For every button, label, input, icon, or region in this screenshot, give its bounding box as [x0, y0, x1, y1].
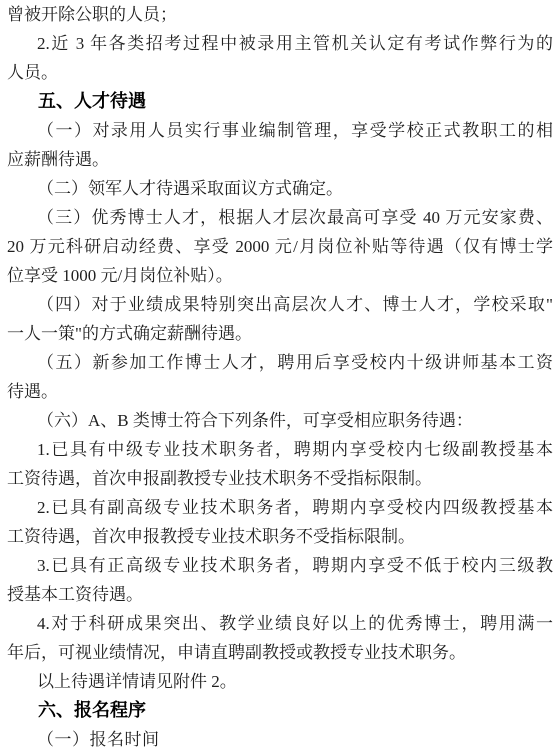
subheading-registration-time: （一）报名时间 — [7, 725, 553, 754]
text-line: （一）对录用人员实行事业编制管理，享受学校正式教职工的相 — [7, 116, 553, 145]
text-line: （二）领军人才待遇采取面议方式确定。 — [7, 174, 553, 203]
text-line: （四）对于业绩成果特别突出高层次人才、博士人才，学校采取" — [7, 290, 553, 319]
document-page: 曾被开除公职的人员； 2.近 3 年各类招考过程中被录用主管机关认定有考试作弊行… — [0, 0, 560, 755]
text-line: 一人一策"的方式确定薪酬待遇。 — [7, 319, 553, 348]
text-line: 授基本工资待遇。 — [7, 580, 553, 609]
text-line: 待遇。 — [7, 377, 553, 406]
text-line: （五）新参加工作博士人才，聘用后享受校内十级讲师基本工资 — [7, 348, 553, 377]
text-line: 以上待遇详情请见附件 2。 — [7, 667, 553, 696]
heading-registration-procedure: 六、报名程序 — [7, 696, 553, 725]
text-line: 20 万元科研启动经费、享受 2000 元/月岗位补贴等待遇（仅有博士学 — [7, 232, 553, 261]
text-line: 人员。 — [7, 58, 553, 87]
text-line: 2.已具有副高级专业技术职务者，聘期内享受校内四级教授基本 — [7, 493, 553, 522]
text-line: （六）A、B 类博士符合下列条件，可享受相应职务待遇： — [7, 406, 553, 435]
text-line: 应薪酬待遇。 — [7, 145, 553, 174]
text-line: 曾被开除公职的人员； — [7, 0, 553, 29]
text-line: 4.对于科研成果突出、教学业绩良好以上的优秀博士，聘用满一 — [7, 609, 553, 638]
text-line: 1.已具有中级专业技术职务者，聘期内享受校内七级副教授基本 — [7, 435, 553, 464]
text-line: 位享受 1000 元/月岗位补贴）。 — [7, 261, 553, 290]
text-line: 2.近 3 年各类招考过程中被录用主管机关认定有考试作弊行为的 — [7, 29, 553, 58]
text-line: 3.已具有正高级专业技术职务者，聘期内享受不低于校内三级教 — [7, 551, 553, 580]
text-line: 工资待遇，首次申报副教授专业技术职务不受指标限制。 — [7, 464, 553, 493]
text-line: 工资待遇，首次申报教授专业技术职务不受指标限制。 — [7, 522, 553, 551]
heading-talent-treatment: 五、人才待遇 — [7, 87, 553, 116]
text-line: （三）优秀博士人才，根据人才层次最高可享受 40 万元安家费、 — [7, 203, 553, 232]
text-line: 年后，可视业绩情况，申请直聘副教授或教授专业技术职务。 — [7, 638, 553, 667]
